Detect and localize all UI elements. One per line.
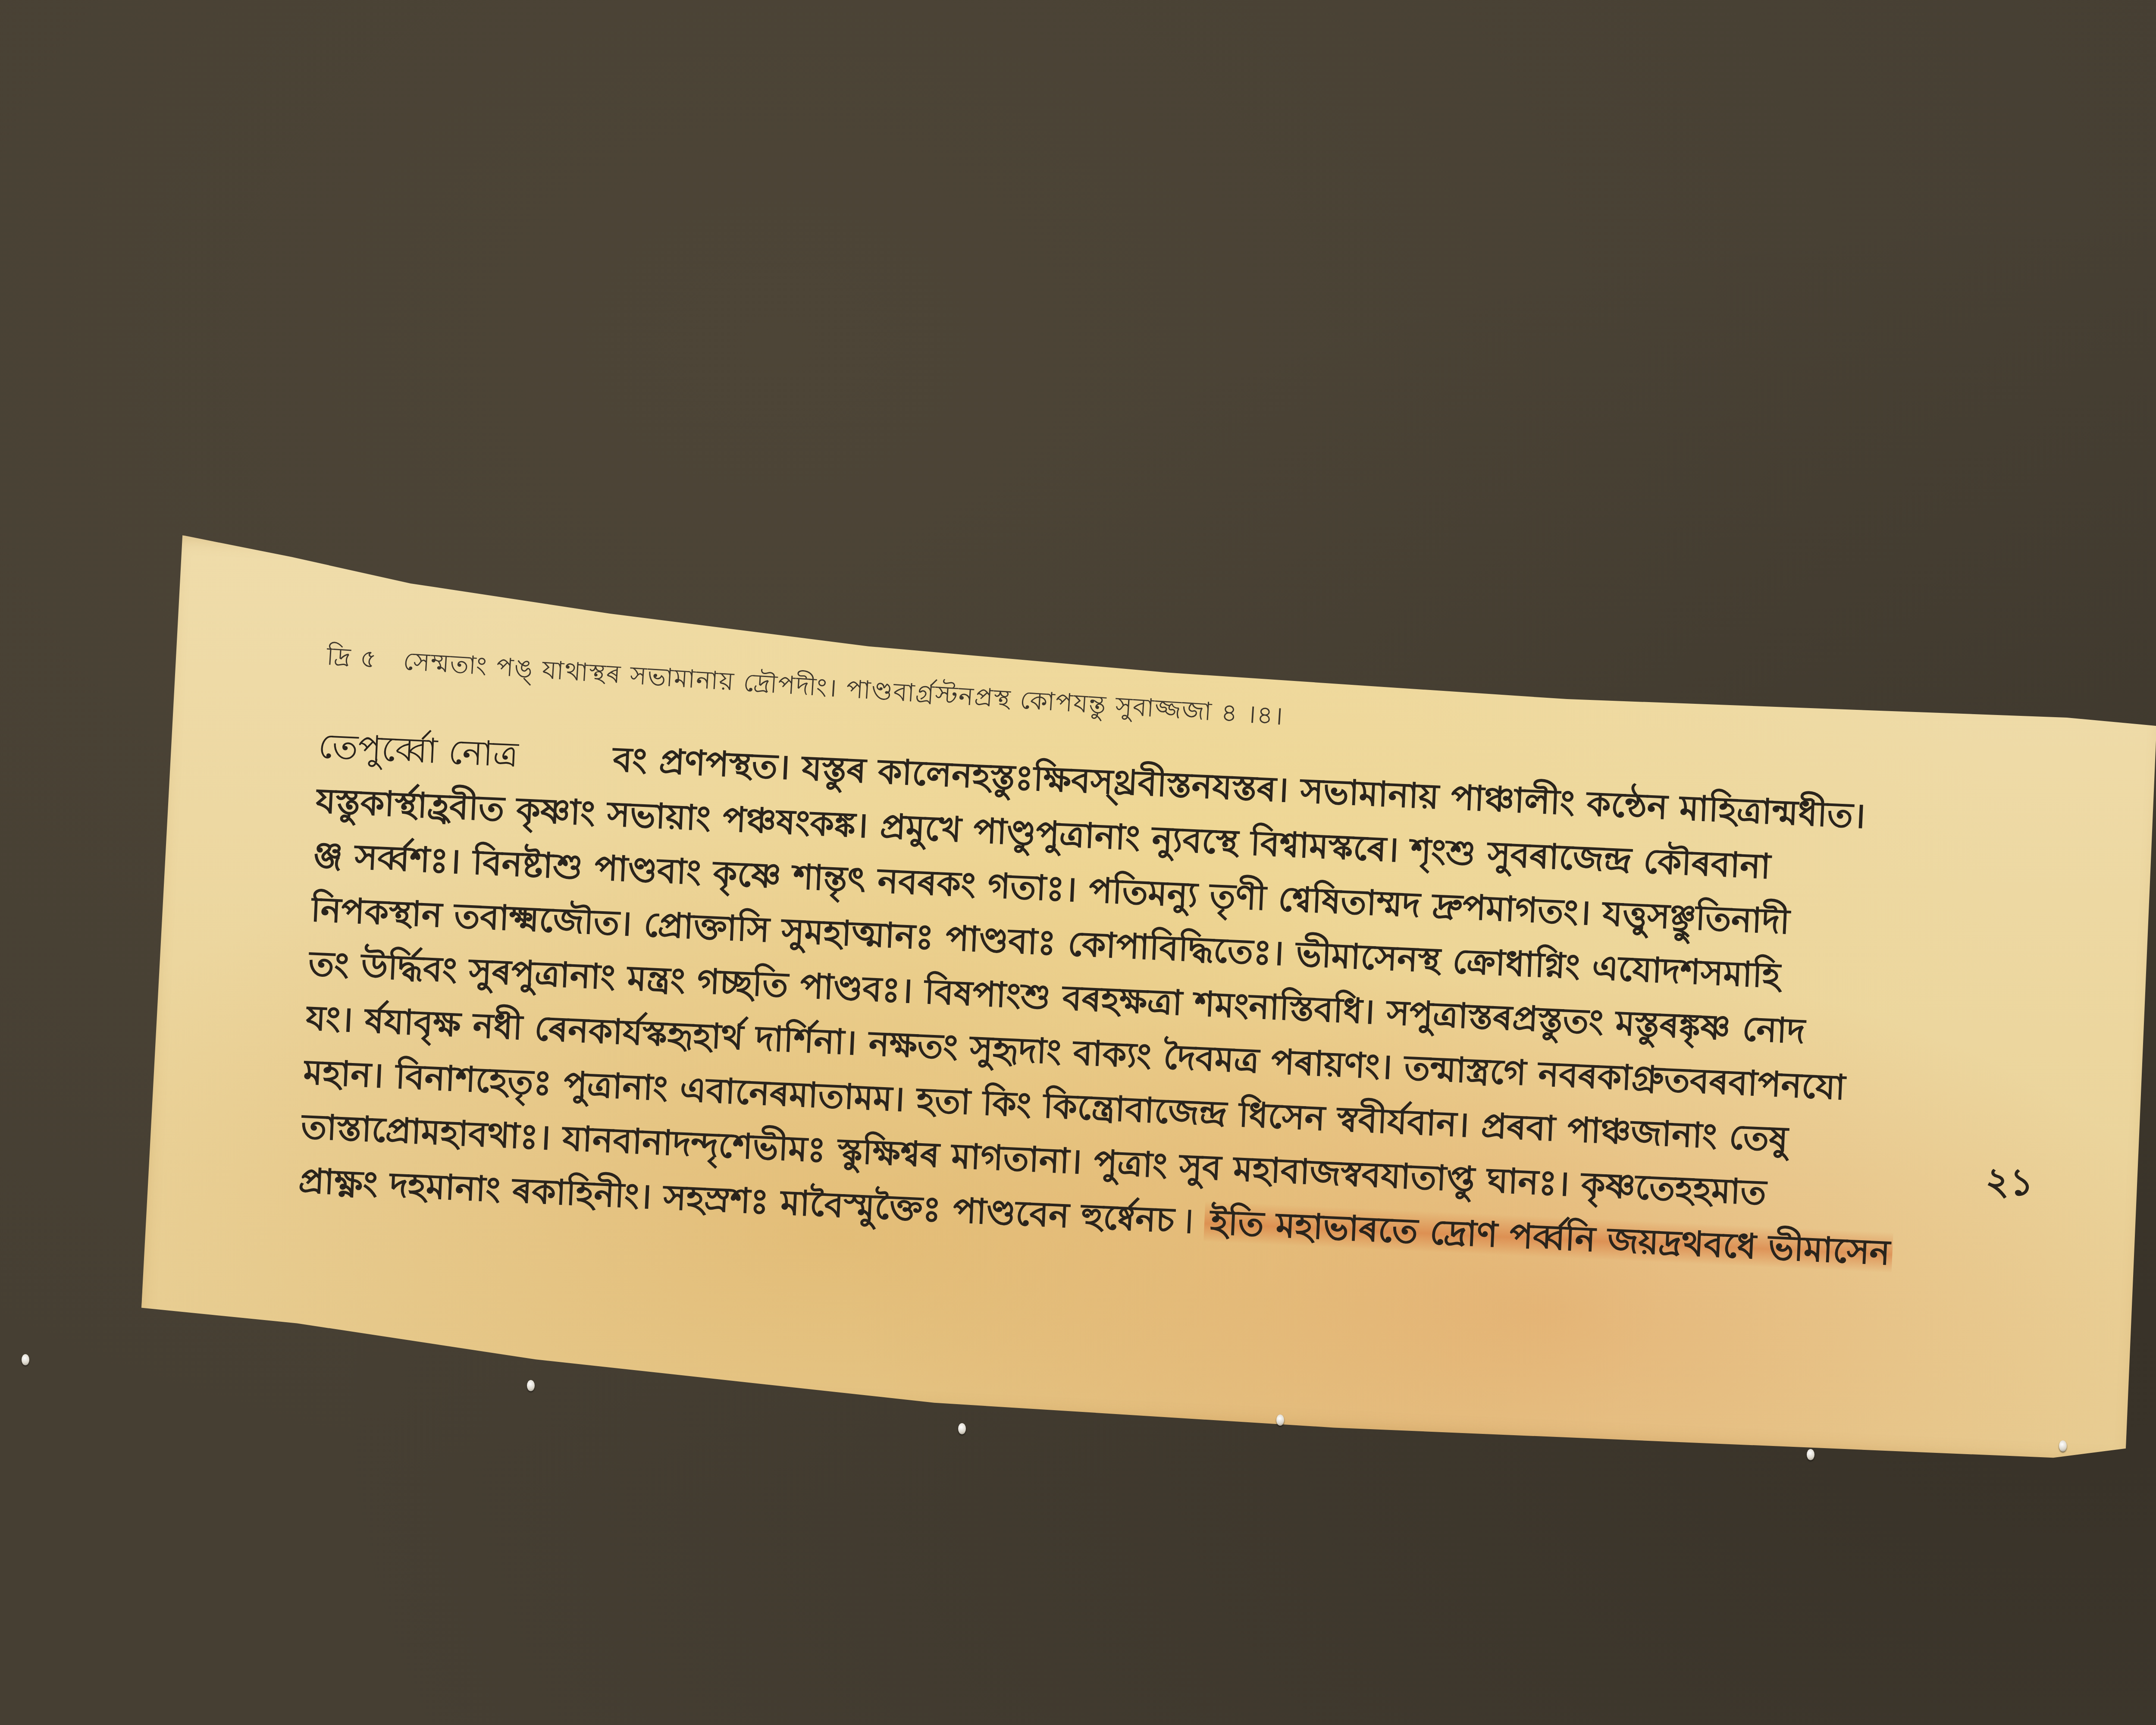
pin-icon bbox=[2059, 1440, 2067, 1452]
main-text-block: তেপুৰ্ব্বো নোত্ৰবং প্ৰণপস্থত। যস্তুৰ কাল… bbox=[298, 718, 1914, 1280]
marginal-siglum: দ্রি ৫ bbox=[326, 641, 378, 674]
line-lead-word: তেপুৰ্ব্বো নোত্ৰ bbox=[317, 726, 519, 775]
pin-icon bbox=[527, 1380, 535, 1391]
pin-icon bbox=[1807, 1449, 1814, 1460]
folio-number: ২১ bbox=[1984, 1152, 2035, 1216]
pin-icon bbox=[22, 1354, 29, 1365]
pin-icon bbox=[1276, 1414, 1284, 1426]
pin-icon bbox=[958, 1423, 966, 1434]
